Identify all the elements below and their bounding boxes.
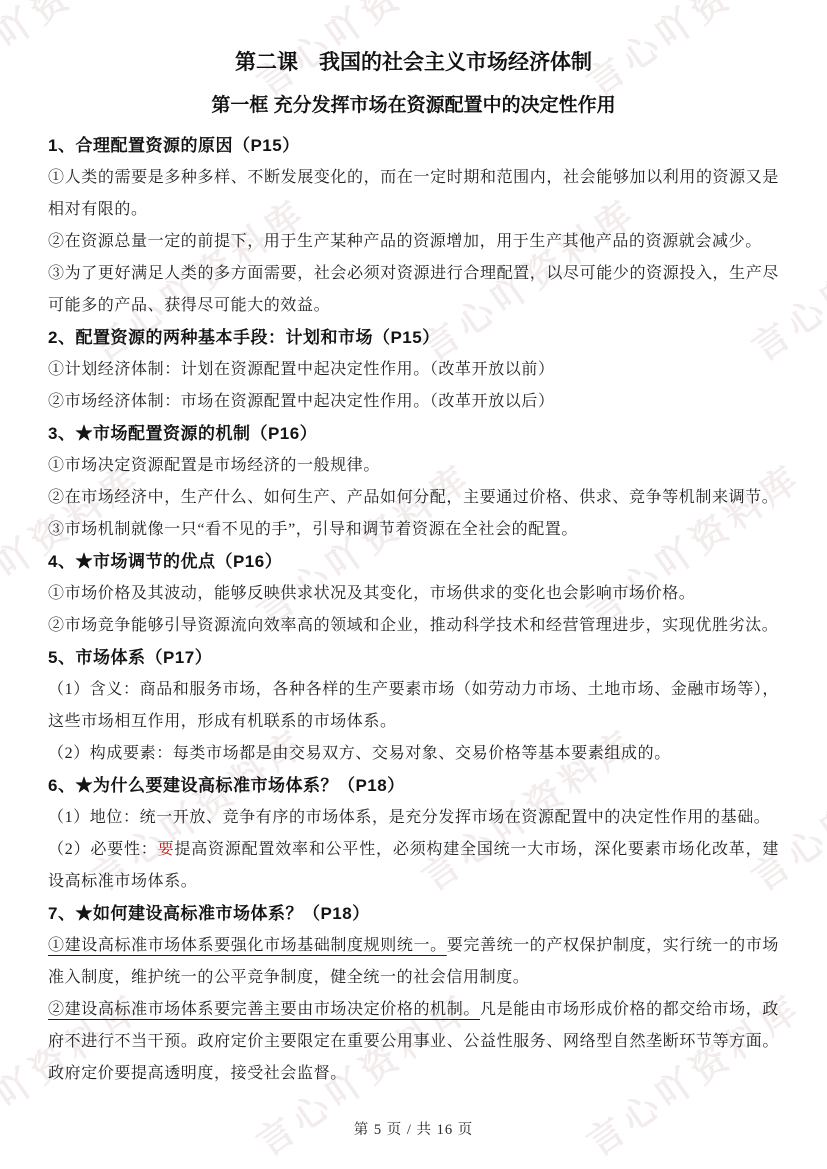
text-segment: （1）含义：商品和服务市场，各种各样的生产要素市场（如劳动力市场、土地市场、金融…	[48, 681, 779, 730]
section-heading: 1、合理配置资源的原因（P15）	[48, 130, 779, 162]
section: 6、★为什么要建设高标准市场体系？（P18）（1）地位：统一开放、竞争有序的市场…	[48, 770, 779, 898]
page-content: 第二课 我国的社会主义市场经济体制 第一框 充分发挥市场在资源配置中的决定性作用…	[0, 0, 827, 1169]
text-segment: ①人类的需要是多种多样、不断发展变化的，而在一定时期和范围内，社会能够加以利用的…	[48, 169, 779, 218]
paragraph: ①市场价格及其波动，能够反映供求状况及其变化，市场供求的变化也会影响市场价格。	[48, 578, 779, 610]
underlined-text: ①建设高标准市场体系要强化市场基础制度规则统一。	[48, 937, 447, 954]
sections-container: 1、合理配置资源的原因（P15）①人类的需要是多种多样、不断发展变化的，而在一定…	[48, 130, 779, 1090]
section-heading: 6、★为什么要建设高标准市场体系？（P18）	[48, 770, 779, 802]
paragraph: ①计划经济体制：计划在资源配置中起决定性作用。（改革开放以前）	[48, 354, 779, 386]
highlight-red-text: 要	[158, 841, 175, 858]
section: 4、★市场调节的优点（P16）①市场价格及其波动，能够反映供求状况及其变化，市场…	[48, 546, 779, 642]
text-segment: （2）必要性：	[48, 841, 158, 858]
text-segment: ②市场竞争能够引导资源流向效率高的领域和企业，推动科学技术和经营管理进步，实现优…	[48, 617, 778, 634]
section-heading: 2、配置资源的两种基本手段：计划和市场（P15）	[48, 322, 779, 354]
section: 5、市场体系（P17）（1）含义：商品和服务市场，各种各样的生产要素市场（如劳动…	[48, 642, 779, 770]
paragraph: ①市场决定资源配置是市场经济的一般规律。	[48, 450, 779, 482]
text-segment: ①市场价格及其波动，能够反映供求状况及其变化，市场供求的变化也会影响市场价格。	[48, 585, 695, 602]
section: 2、配置资源的两种基本手段：计划和市场（P15）①计划经济体制：计划在资源配置中…	[48, 322, 779, 418]
section-heading: 5、市场体系（P17）	[48, 642, 779, 674]
document-subtitle: 第一框 充分发挥市场在资源配置中的决定性作用	[48, 91, 779, 121]
paragraph: ②市场经济体制：市场在资源配置中起决定性作用。（改革开放以后）	[48, 386, 779, 418]
paragraph: ①人类的需要是多种多样、不断发展变化的，而在一定时期和范围内，社会能够加以利用的…	[48, 162, 779, 226]
text-segment: ②市场经济体制：市场在资源配置中起决定性作用。（改革开放以后）	[48, 393, 555, 410]
text-segment: ①计划经济体制：计划在资源配置中起决定性作用。（改革开放以前）	[48, 361, 555, 378]
paragraph: ②建设高标准市场体系要完善主要由市场决定价格的机制。凡是能由市场形成价格的都交给…	[48, 994, 779, 1090]
text-segment: ③为了更好满足人类的多方面需要，社会必须对资源进行合理配置，以尽可能少的资源投入…	[48, 265, 779, 314]
section-heading: 4、★市场调节的优点（P16）	[48, 546, 779, 578]
text-segment: ①市场决定资源配置是市场经济的一般规律。	[48, 457, 380, 474]
text-segment: ②在市场经济中，生产什么、如何生产、产品如何分配，主要通过价格、供求、竞争等机制…	[48, 489, 778, 506]
paragraph: （1）地位：统一开放、竞争有序的市场体系，是充分发挥市场在资源配置中的决定性作用…	[48, 802, 779, 834]
document-title: 第二课 我国的社会主义市场经济体制	[48, 48, 779, 78]
section-heading: 7、★如何建设高标准市场体系？（P18）	[48, 898, 779, 930]
paragraph: ③为了更好满足人类的多方面需要，社会必须对资源进行合理配置，以尽可能少的资源投入…	[48, 258, 779, 322]
text-segment: ③市场机制就像一只“看不见的手”，引导和调节着资源在全社会的配置。	[48, 521, 578, 538]
paragraph: （2）必要性：要提高资源配置效率和公平性，必须构建全国统一大市场，深化要素市场化…	[48, 834, 779, 898]
paragraph: ②在市场经济中，生产什么、如何生产、产品如何分配，主要通过价格、供求、竞争等机制…	[48, 482, 779, 514]
text-segment: （1）地位：统一开放、竞争有序的市场体系，是充分发挥市场在资源配置中的决定性作用…	[48, 809, 770, 826]
section: 1、合理配置资源的原因（P15）①人类的需要是多种多样、不断发展变化的，而在一定…	[48, 130, 779, 322]
section-heading: 3、★市场配置资源的机制（P16）	[48, 418, 779, 450]
section: 3、★市场配置资源的机制（P16）①市场决定资源配置是市场经济的一般规律。②在市…	[48, 418, 779, 546]
paragraph: （1）含义：商品和服务市场，各种各样的生产要素市场（如劳动力市场、土地市场、金融…	[48, 674, 779, 738]
paragraph: ②市场竞争能够引导资源流向效率高的领域和企业，推动科学技术和经营管理进步，实现优…	[48, 610, 779, 642]
section: 7、★如何建设高标准市场体系？（P18）①建设高标准市场体系要强化市场基础制度规…	[48, 898, 779, 1090]
underlined-text: ②建设高标准市场体系要完善主要由市场决定价格的机制。	[48, 1001, 480, 1018]
paragraph: ①建设高标准市场体系要强化市场基础制度规则统一。要完善统一的产权保护制度，实行统…	[48, 930, 779, 994]
text-segment: ②在资源总量一定的前提下，用于生产某种产品的资源增加，用于生产其他产品的资源就会…	[48, 233, 762, 250]
document-page: 言心吖资料库言心吖资料库言心吖资料库言心吖资料库言心吖资料库言心吖资料库言心吖资…	[0, 0, 827, 1169]
paragraph: ②在资源总量一定的前提下，用于生产某种产品的资源增加，用于生产其他产品的资源就会…	[48, 226, 779, 258]
text-segment: （2）构成要素：每类市场都是由交易双方、交易对象、交易价格等基本要素组成的。	[48, 745, 671, 762]
page-footer: 第 5 页 / 共 16 页	[0, 1118, 827, 1139]
paragraph: （2）构成要素：每类市场都是由交易双方、交易对象、交易价格等基本要素组成的。	[48, 738, 779, 770]
paragraph: ③市场机制就像一只“看不见的手”，引导和调节着资源在全社会的配置。	[48, 514, 779, 546]
